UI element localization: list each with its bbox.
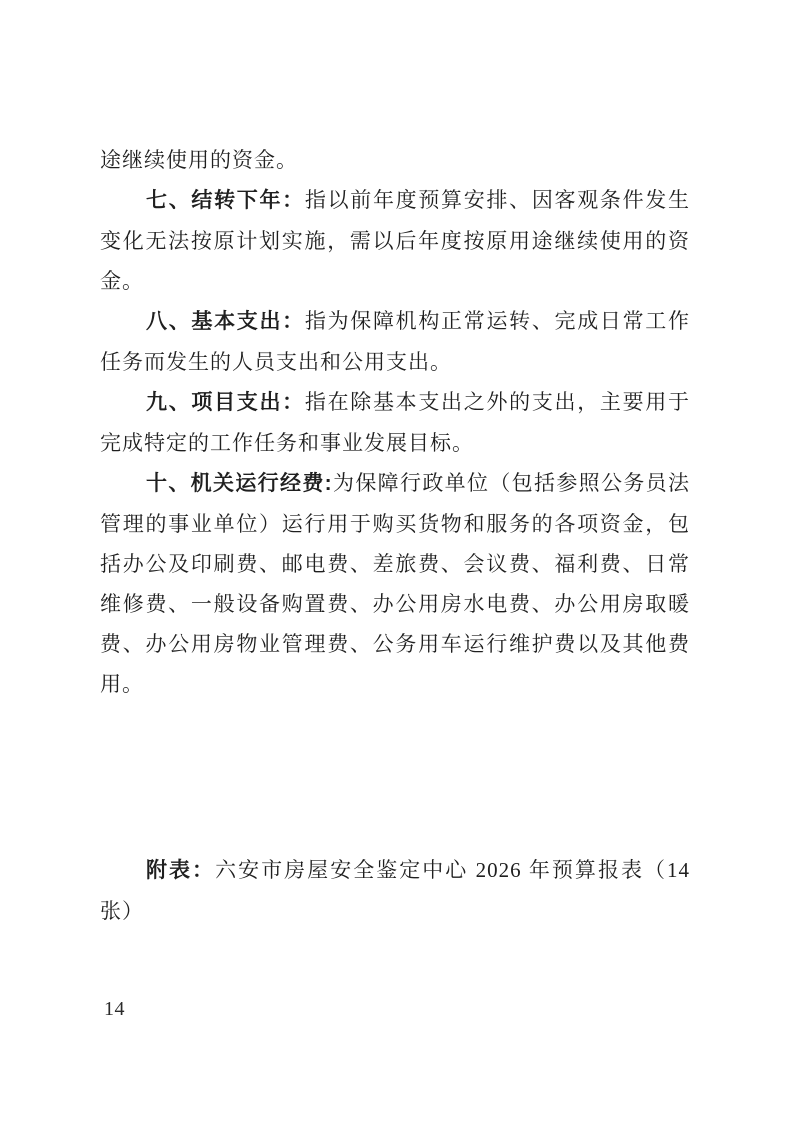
- appendix-label: 附表：: [146, 859, 215, 882]
- term-paragraph-agency-operating-funds: 十、机关运行经费:为保障行政单位（包括参照公务员法管理的事业单位）运行用于购买货…: [100, 463, 690, 704]
- term-heading-basic-expenditure: 八、基本支出：: [146, 310, 305, 333]
- term-definition-agency-operating-funds: 为保障行政单位（包括参照公务员法管理的事业单位）运行用于购买货物和服务的各项资金…: [100, 471, 690, 696]
- term-paragraph-basic-expenditure: 八、基本支出：指为保障机构正常运转、完成日常工作任务而发生的人员支出和公用支出。: [100, 301, 690, 382]
- term-heading-project-expenditure: 九、项目支出：: [146, 391, 305, 414]
- document-body: 途继续使用的资金。 七、结转下年：指以前年度预算安排、因客观条件发生变化无法按原…: [100, 140, 690, 931]
- term-heading-agency-operating-funds: 十、机关运行经费:: [146, 472, 333, 495]
- paragraph-continuation-text: 途继续使用的资金。: [100, 148, 298, 172]
- document-page: 途继续使用的资金。 七、结转下年：指以前年度预算安排、因客观条件发生变化无法按原…: [0, 0, 793, 1122]
- appendix-note: 附表：六安市房屋安全鉴定中心 2026 年预算报表（14 张）: [100, 850, 690, 931]
- term-paragraph-project-expenditure: 九、项目支出：指在除基本支出之外的支出，主要用于完成特定的工作任务和事业发展目标…: [100, 382, 690, 463]
- term-paragraph-carryover-next-year: 七、结转下年：指以前年度预算安排、因客观条件发生变化无法按原计划实施，需以后年度…: [100, 180, 690, 301]
- paragraph-continuation: 途继续使用的资金。: [100, 140, 690, 180]
- term-heading-carryover-next-year: 七、结转下年：: [146, 189, 305, 212]
- page-number: 14: [104, 997, 125, 1021]
